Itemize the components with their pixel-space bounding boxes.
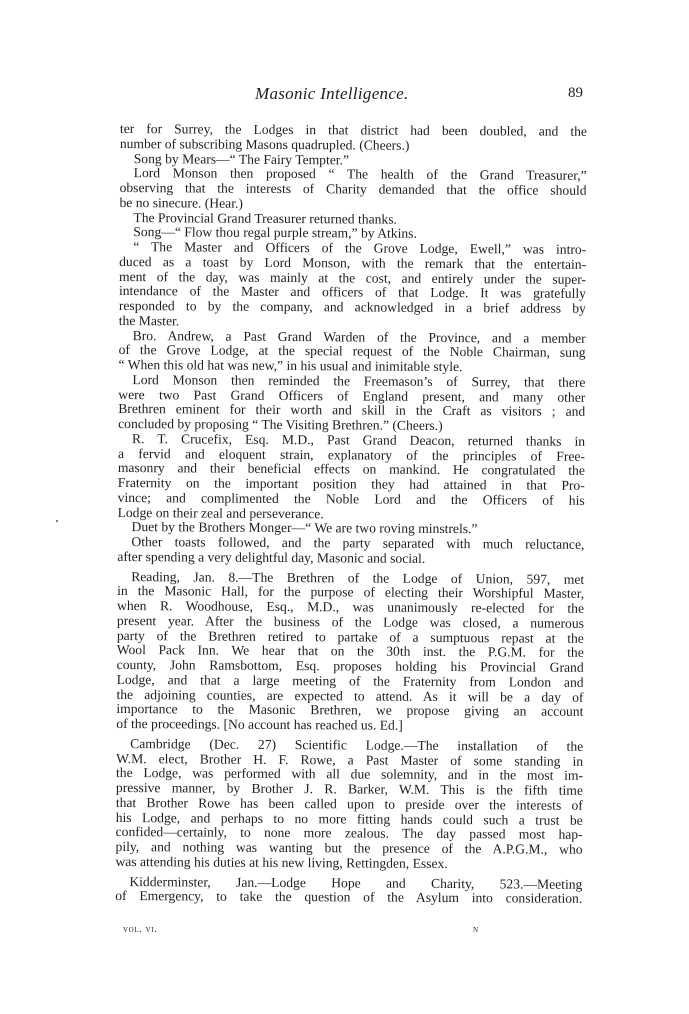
signature-line: vol. vi. n (123, 924, 523, 935)
scan-speck (56, 520, 58, 522)
text-line: of the proceedings. [No account has reac… (116, 717, 583, 735)
text-line: was attending his duties at his new livi… (115, 855, 582, 873)
text-line: responded to by the company, and acknowl… (119, 299, 586, 317)
text-line: after spending a very delightful day, Ma… (117, 550, 584, 568)
body-text: ter for Surrey, the Lodges in that distr… (115, 122, 587, 907)
text-line: of Emergency, to take the question of th… (115, 889, 582, 907)
volume-signature: vol. vi. (123, 924, 157, 935)
running-head: Masonic Intelligence. 89 (0, 84, 689, 104)
gathering-signature: n (473, 924, 479, 935)
running-head-title: Masonic Intelligence. (255, 84, 409, 104)
book-page: Masonic Intelligence. 89 ter for Surrey,… (0, 0, 689, 1014)
page-number: 89 (568, 85, 583, 102)
